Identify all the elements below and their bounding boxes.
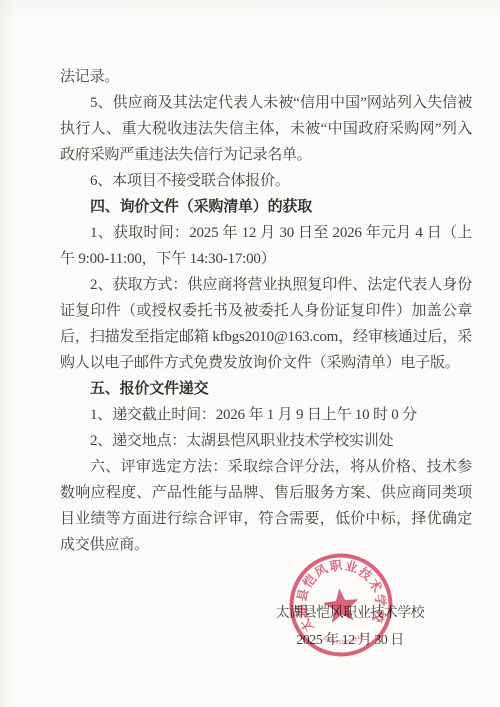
paragraph: 五、报价文件递交 (60, 376, 472, 402)
paragraph: 2、递交地点：太湖县恺风职业技术学校实训处 (60, 428, 472, 454)
document-body: 法记录。5、供应商及其法定代表人未被“信用中国”网站列入失信被执行人、重大税收违… (60, 64, 472, 558)
document-page: 法记录。5、供应商及其法定代表人未被“信用中国”网站列入失信被执行人、重大税收违… (0, 0, 500, 707)
signature-org: 太湖县恺风职业技术学校 (275, 600, 425, 627)
signature-block: 太湖县恺风职业技术学校 2025 年 12 月 30 日 (275, 600, 425, 654)
paragraph: 6、本项目不接受联合体报价。 (60, 168, 472, 194)
paragraph: 六、评审选定方法：采取综合评分法，将从价格、技术参数响应程度、产品性能与品牌、售… (60, 454, 472, 558)
paragraph: 法记录。 (60, 64, 472, 90)
paragraph: 2、获取方式：供应商将营业执照复印件、法定代表人身份证复印件（或授权委托书及被委… (60, 272, 472, 376)
signature-date: 2025 年 12 月 30 日 (275, 627, 425, 654)
paragraph: 5、供应商及其法定代表人未被“信用中国”网站列入失信被执行人、重大税收违法失信主… (60, 90, 472, 168)
paragraph: 四、询价文件（采购清单）的获取 (60, 194, 472, 220)
paragraph: 1、获取时间：2025 年 12 月 30 日至 2026 年元月 4 日（上午… (60, 220, 472, 272)
paragraph: 1、递交截止时间：2026 年 1 月 9 日上午 10 时 0 分 (60, 402, 472, 428)
